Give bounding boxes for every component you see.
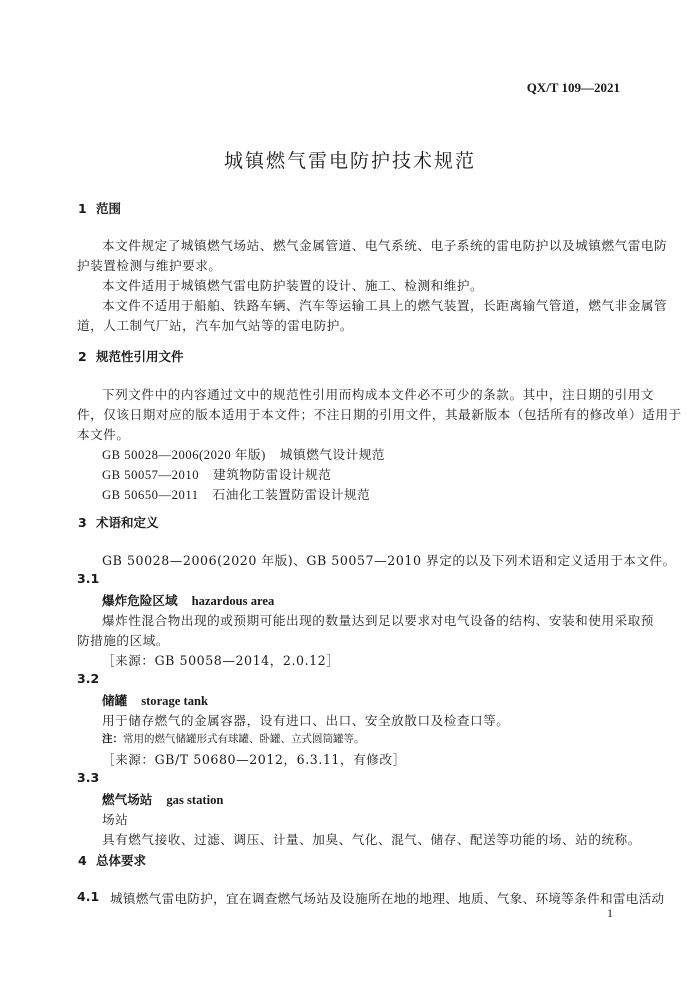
term-zh: 爆炸危险区域 — [102, 593, 178, 608]
reference-item: GB 50650—2011石油化工装置防雷设计规范 — [102, 484, 370, 503]
section-4-heading: 4总体要求 — [78, 851, 146, 869]
paragraph-line: 下列文件中的内容通过文中的规范性引用而构成本文件必不可少的条款。其中，注日期的引… — [102, 384, 654, 403]
term-en: hazardous area — [192, 594, 275, 608]
paragraph-line: GB 50028—2006(2020 年版)、GB 50057—2010 界定的… — [102, 550, 676, 569]
standard-code: QX/T 109—2021 — [527, 80, 620, 96]
paragraph-line: 本文件。 — [77, 424, 130, 443]
section-number: 1 — [78, 201, 96, 216]
paragraph-line: 本文件规定了城镇燃气场站、燃气金属管道、电气系统、电子系统的雷电防护以及城镇燃气… — [102, 235, 667, 254]
reference-name: 建筑物防雷设计规范 — [213, 467, 331, 482]
reference-code: GB 50028—2006(2020 年版) — [102, 448, 266, 462]
term-en: gas station — [166, 793, 223, 807]
reference-name: 石油化工装置防雷设计规范 — [213, 487, 371, 502]
term-en: storage tank — [141, 694, 208, 708]
section-number: 4 — [78, 853, 96, 868]
clause-number: 3.2 — [77, 671, 99, 686]
definition-line: 爆炸性混合物出现的或预期可能出现的数量达到足以要求对电气设备的结构、安装和使用采… — [102, 610, 654, 629]
paragraph-line: 本文件适用于城镇燃气雷电防护装置的设计、施工、检测和维护。 — [102, 275, 483, 294]
term-synonym: 场站 — [102, 809, 128, 828]
paragraph-line: 护装置检测与维护要求。 — [77, 255, 222, 274]
term-entry: 储罐storage tank — [102, 690, 208, 709]
definition-line: 具有燃气接收、过滤、调压、计量、加臭、气化、混气、储存、配送等功能的场、站的统称… — [102, 829, 641, 848]
section-title: 术语和定义 — [96, 515, 159, 530]
paragraph-line: 件，仅该日期对应的版本适用于本文件；不注日期的引用文件，其最新版本（包括所有的修… — [77, 404, 682, 423]
term-source: ［来源：GB 50058—2014，2.0.12］ — [102, 650, 339, 669]
clause-number: 3.3 — [77, 770, 99, 785]
note-text: 常用的燃气储罐形式有球罐、卧罐、立式圆筒罐等。 — [123, 733, 365, 745]
term-entry: 爆炸危险区域hazardous area — [102, 590, 274, 609]
document-title: 城镇燃气雷电防护技术规范 — [0, 146, 700, 173]
term-note: 注：常用的燃气储罐形式有球罐、卧罐、立式圆筒罐等。 — [102, 731, 365, 746]
section-title: 规范性引用文件 — [96, 349, 184, 364]
paragraph-line: 道，人工制气厂站，汽车加气站等的雷电防护。 — [77, 315, 353, 334]
section-number: 3 — [78, 515, 96, 530]
clause-number: 4.1 — [77, 889, 99, 904]
section-2-heading: 2规范性引用文件 — [78, 347, 184, 365]
section-1-heading: 1范围 — [78, 199, 121, 217]
definition-line: 用于储存燃气的金属容器，设有进口、出口、安全放散口及检查口等。 — [102, 710, 509, 729]
page-number: 1 — [607, 906, 613, 921]
reference-name: 城镇燃气设计规范 — [280, 447, 385, 462]
term-zh: 燃气场站 — [102, 792, 152, 807]
term-zh: 储罐 — [102, 693, 127, 708]
clause-number: 3.1 — [77, 571, 99, 586]
term-source: ［来源：GB/T 50680—2012，6.3.11，有修改］ — [102, 749, 406, 768]
paragraph-line: 本文件不适用于船舶、铁路车辆、汽车等运输工具上的燃气装置，长距离输气管道，燃气非… — [102, 295, 667, 314]
definition-line: 防措施的区域。 — [77, 630, 169, 649]
section-title: 范围 — [96, 201, 121, 216]
reference-code: GB 50650—2011 — [102, 488, 199, 502]
note-label: 注： — [102, 733, 123, 745]
section-title: 总体要求 — [96, 853, 146, 868]
reference-item: GB 50057—2010建筑物防雷设计规范 — [102, 464, 331, 483]
reference-item: GB 50028—2006(2020 年版)城镇燃气设计规范 — [102, 444, 385, 463]
clause-text: 城镇燃气雷电防护，宜在调查燃气场站及设施所在地的地理、地质、气象、环境等条件和雷… — [110, 888, 664, 907]
section-number: 2 — [78, 349, 96, 364]
section-3-heading: 3术语和定义 — [78, 513, 159, 531]
term-entry: 燃气场站gas station — [102, 789, 223, 808]
reference-code: GB 50057—2010 — [102, 468, 199, 482]
